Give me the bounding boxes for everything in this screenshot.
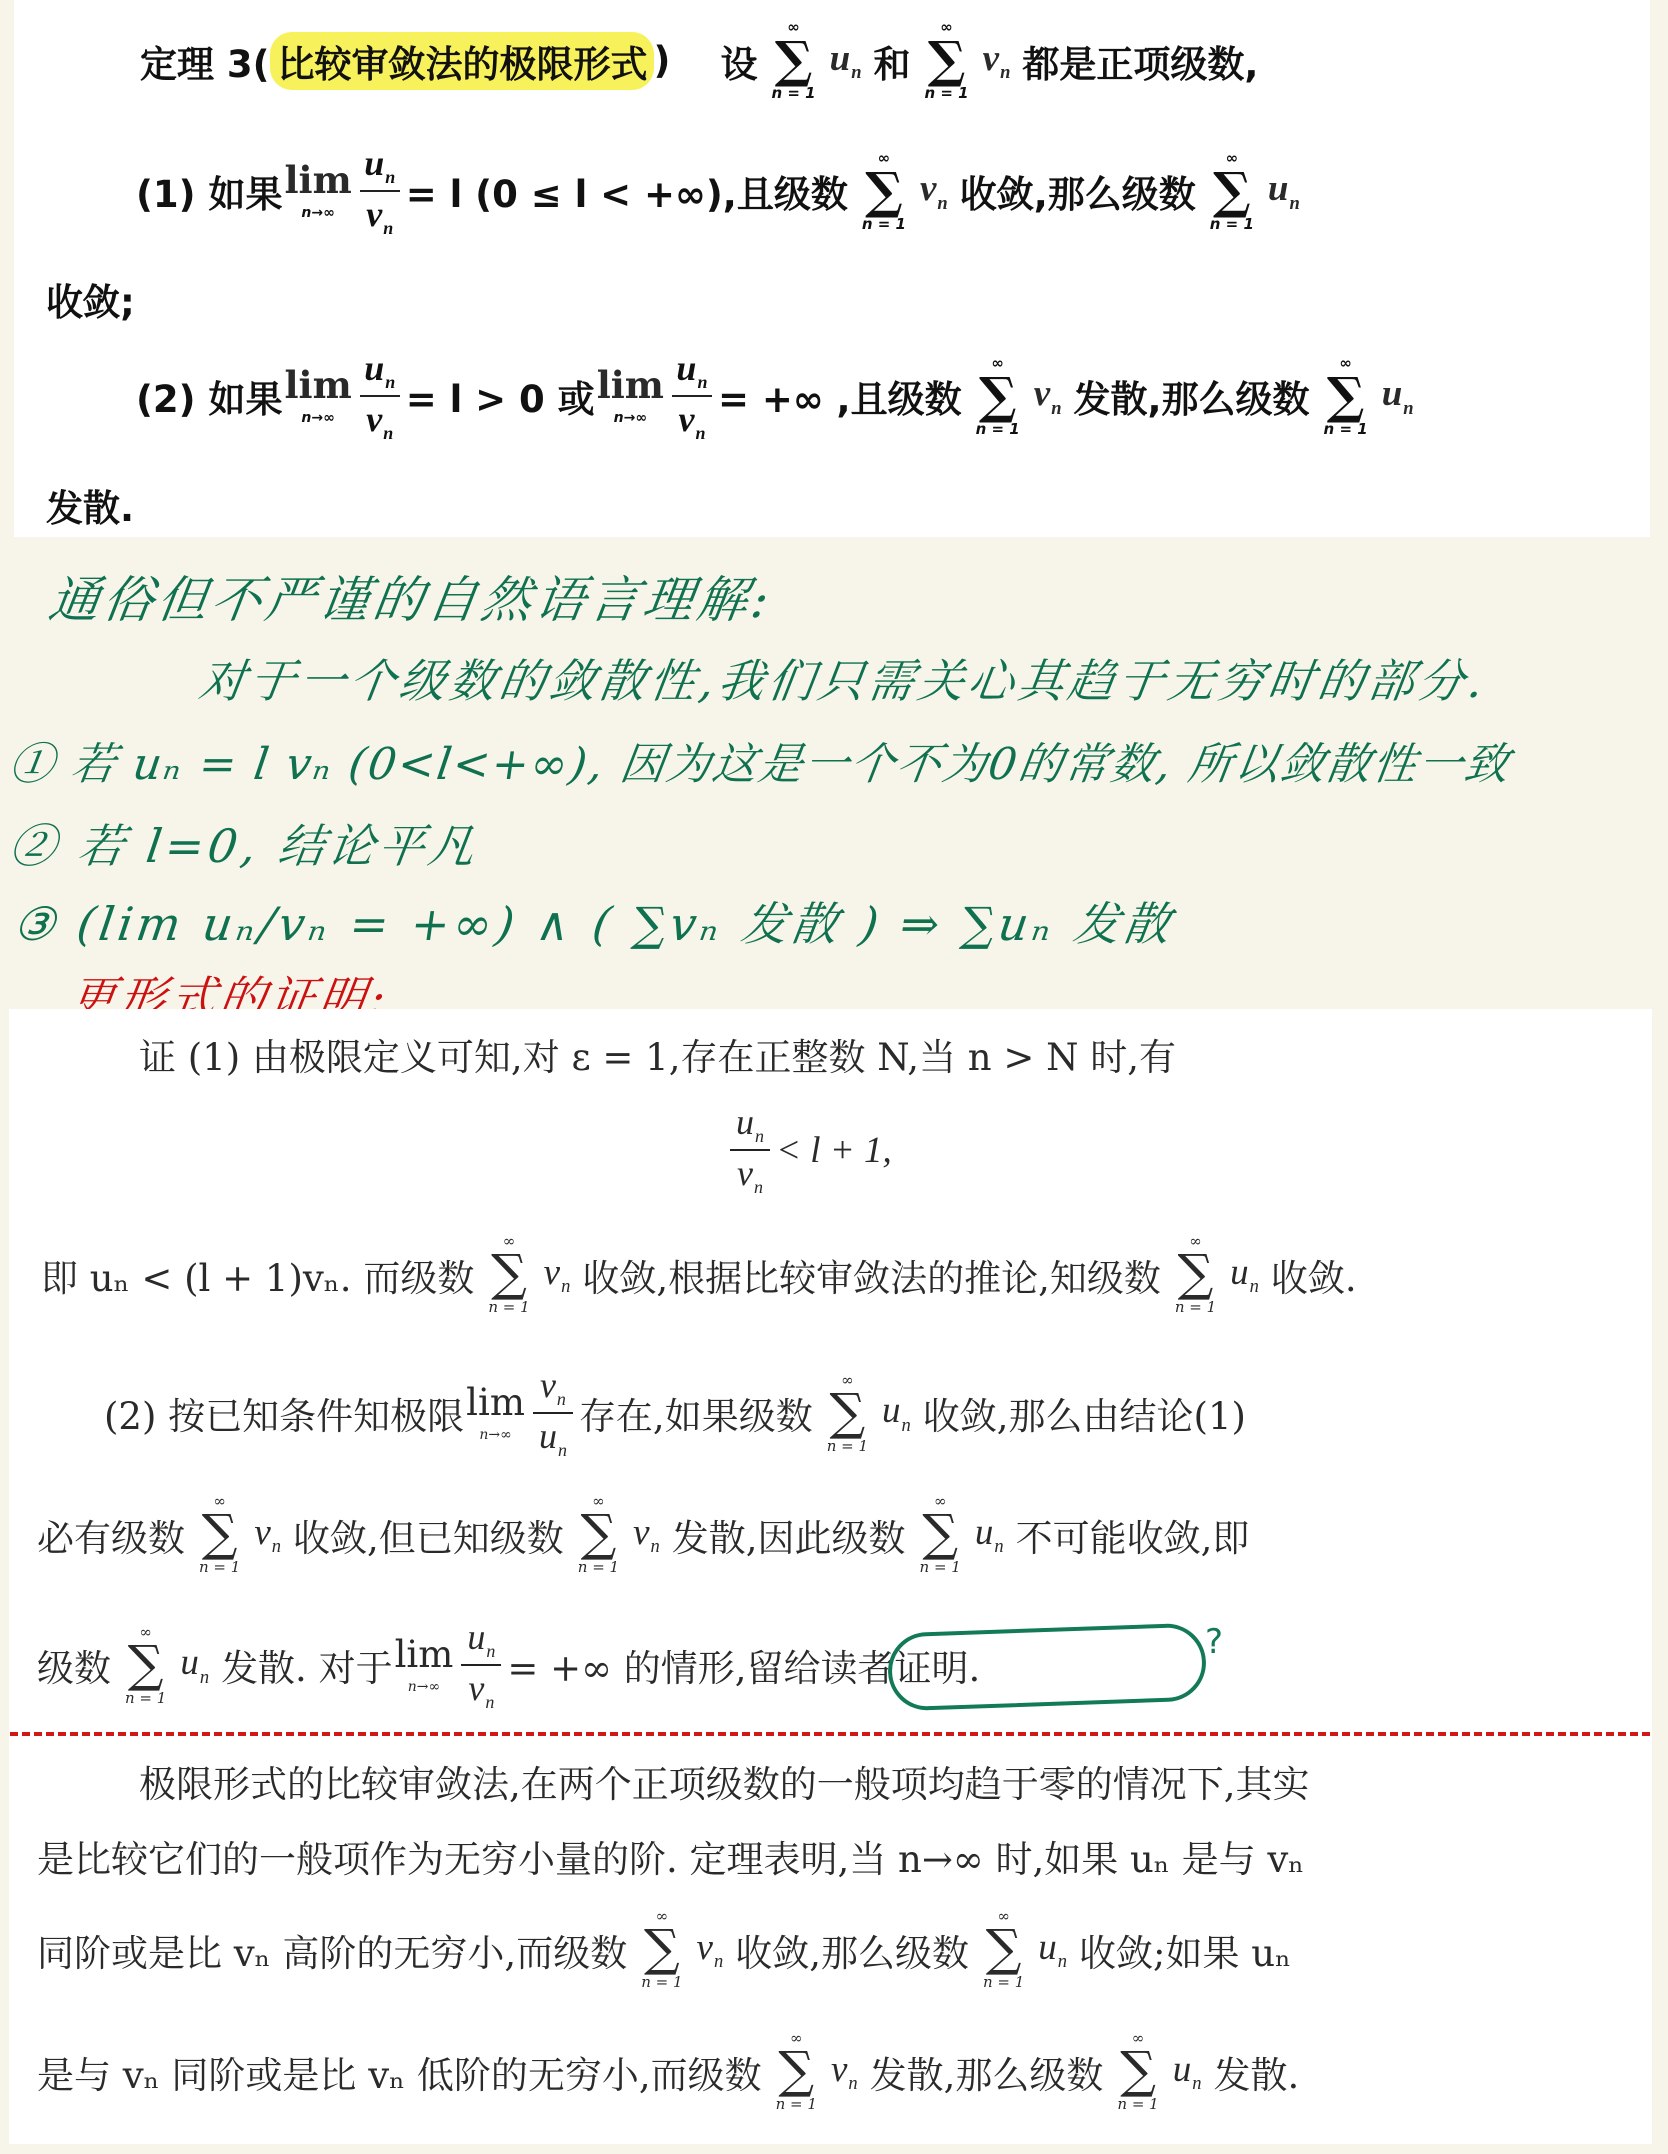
- proof-2-line-3: 级数 ∞∑n = 1 un 发散. 对于 limn→∞ unvn = +∞ 的情…: [37, 1619, 980, 1711]
- note-heading: 通俗但不严谨的自然语言理解:: [45, 560, 778, 632]
- proof-2-line-2: 必有级数 ∞∑n = 1 vn 收敛,但已知级数 ∞∑n = 1 vn 发散,因…: [37, 1494, 1249, 1575]
- term-v: vn: [983, 37, 1011, 84]
- sum-v: ∞∑n = 1: [924, 20, 968, 101]
- intro-post: 都是正项级数,: [1022, 34, 1258, 88]
- remark-line-1: 极限形式的比较审敛法,在两个正项级数的一般项均趋于零的情况下,其实: [139, 1754, 1310, 1808]
- item-1-end: 收敛;: [46, 272, 135, 326]
- theorem-title-highlight: 比较审敛法的极限形式: [270, 32, 654, 90]
- theorem-item-2: (2) 如果 limn→∞ unvn = l > 0 或 limn→∞ unvn…: [136, 350, 1414, 442]
- note-intro: 对于一个级数的敛散性,我们只需关心其趋于无穷时的部分.: [195, 645, 1492, 711]
- remark-line-2: 是比较它们的一般项作为无穷小量的阶. 定理表明,当 n→∞ 时,如果 uₙ 是与…: [37, 1829, 1304, 1883]
- red-dashed-divider: [10, 1732, 1650, 1736]
- question-mark-annotation: ?: [1205, 1622, 1223, 1662]
- proof-1-inequality: unvn < l + 1,: [724, 1104, 892, 1196]
- remark-line-3: 同阶或是比 vₙ 高阶的无穷小,而级数 ∞∑n = 1 vn 收敛,那么级数 ∞…: [37, 1909, 1291, 1990]
- item-2-end: 发散.: [46, 478, 134, 532]
- note-point-2: ② 若 l=0, 结论平凡: [5, 810, 483, 876]
- theorem-item-1: (1) 如果 limn→∞ unvn = l (0 ≤ l < +∞),且级数 …: [136, 145, 1300, 237]
- intro-and: 和: [873, 34, 910, 88]
- proof-1-line-3: 即 uₙ < (l + 1)vₙ. 而级数 ∞∑n = 1 vn 收敛,根据比较…: [41, 1234, 1357, 1315]
- sum-u: ∞∑n = 1: [771, 20, 815, 101]
- proof-excerpt: 证 (1) 由极限定义可知,对 ε = 1,存在正整数 N,当 n > N 时,…: [9, 1009, 1652, 2144]
- proof-2-line-1: (2) 按已知条件知极限 limn→∞ vnun 存在,如果级数 ∞∑n = 1…: [104, 1367, 1246, 1459]
- intro-pre: 设: [720, 34, 757, 88]
- fraction-u-over-v: unvn: [360, 145, 400, 237]
- term-u: un: [830, 37, 862, 84]
- circle-annotation: [887, 1622, 1208, 1711]
- remark-line-4: 是与 vₙ 同阶或是比 vₙ 低阶的无穷小,而级数 ∞∑n = 1 vn 发散,…: [37, 2031, 1299, 2112]
- theorem-excerpt: 定理 3( 比较审敛法的极限形式 ) 设 ∞∑n = 1 un 和 ∞∑n = …: [14, 0, 1650, 537]
- theorem-label: 定理 3(: [140, 34, 270, 88]
- note-point-1: ① 若 uₙ = l vₙ (0<l<+∞), 因为这是一个不为0的常数, 所以…: [6, 728, 1516, 792]
- theorem-close-paren: ): [654, 39, 671, 82]
- theorem-heading-line: 定理 3( 比较审敛法的极限形式 ) 设 ∞∑n = 1 un 和 ∞∑n = …: [140, 20, 1258, 101]
- proof-1-line-1: 证 (1) 由极限定义可知,对 ε = 1,存在正整数 N,当 n > N 时,…: [139, 1027, 1176, 1081]
- note-point-3: ③ (lim uₙ/vₙ = +∞) ∧ ( ∑vₙ 发散 ) ⇒ ∑uₙ 发散: [9, 888, 1178, 954]
- limit-expr: limn→∞: [284, 162, 351, 221]
